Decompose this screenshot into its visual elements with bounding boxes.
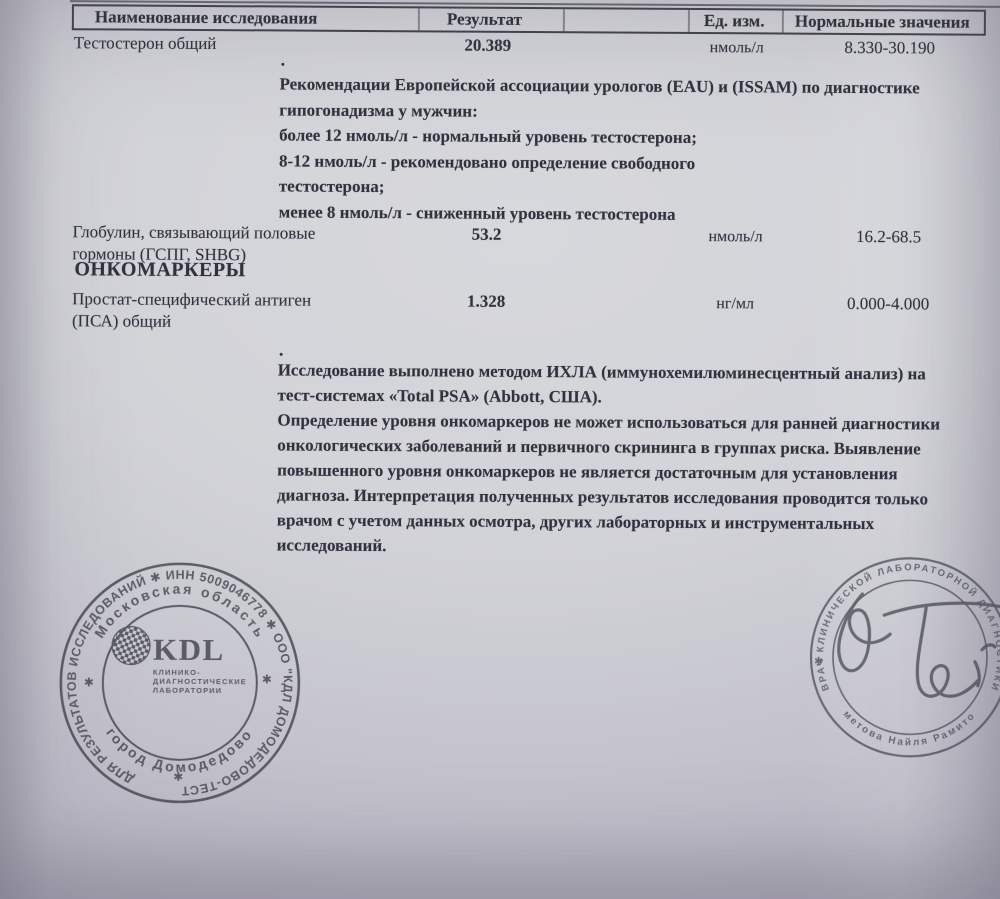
column-divider	[418, 8, 420, 30]
kdl-sub-line-1: КЛИНИКО-	[153, 668, 201, 677]
test-unit: нмоль/л	[688, 37, 786, 60]
test-name: Простат-специфический антиген (ПСА) общи…	[72, 288, 342, 334]
doctor-signature	[839, 594, 1000, 697]
stamp-city-text: город Домодедово	[103, 724, 256, 775]
header-result: Результат	[447, 9, 522, 29]
psa-method-comment: Исследование выполнено методом ИХЛА (имм…	[277, 357, 994, 561]
test-result: 20.389	[418, 34, 558, 57]
header-test-name: Наименование исследования	[95, 7, 318, 28]
header-normal-range: Нормальные значения	[795, 12, 970, 33]
test-result: 53.2	[417, 223, 557, 246]
lab-report-page: Наименование исследования Результат Ед. …	[0, 0, 1000, 899]
kdl-logo-text: KDL	[153, 632, 225, 667]
stamp-asterisk-bottom: ✱	[173, 770, 183, 784]
doctor-stamp: ВРАЧ КЛИНИЧЕСКОЙ ЛАБОРАТОРНОЙ ДИАГНОСТИК…	[801, 549, 1000, 766]
comment-bullet: .	[281, 49, 286, 70]
test-name: Тестостерон общий	[74, 32, 344, 56]
section-oncomarkers: ОНКОМАРКЕРЫ	[74, 258, 246, 282]
kdl-globe-icon	[112, 626, 150, 664]
testosterone-comment: Рекомендации Европейской ассоциации урол…	[279, 71, 996, 228]
kdl-sub-line-3: ЛАБОРАТОРИИ	[153, 686, 222, 695]
test-result: 1.328	[416, 290, 556, 313]
stamp-asterisk-right: ✱	[262, 672, 272, 686]
test-normal: 16.2-68.5	[799, 226, 979, 249]
doctor-asterisk-left: ✱	[814, 656, 823, 668]
header-unit: Ед. изм.	[704, 11, 765, 31]
test-normal: 0.000-4.000	[798, 293, 978, 316]
column-divider	[782, 11, 784, 33]
test-unit: нмоль/л	[686, 226, 784, 249]
column-divider	[563, 9, 565, 31]
test-unit: нг/мл	[686, 293, 784, 316]
lab-round-stamp: ДЛЯ РЕЗУЛЬТАТОВ ИССЛЕДОВАНИЙ ✱ ИНН 50090…	[53, 556, 307, 810]
test-normal: 8.330-30.190	[800, 37, 980, 60]
column-divider	[688, 10, 690, 32]
stamp-asterisk-left: ✱	[84, 675, 94, 689]
